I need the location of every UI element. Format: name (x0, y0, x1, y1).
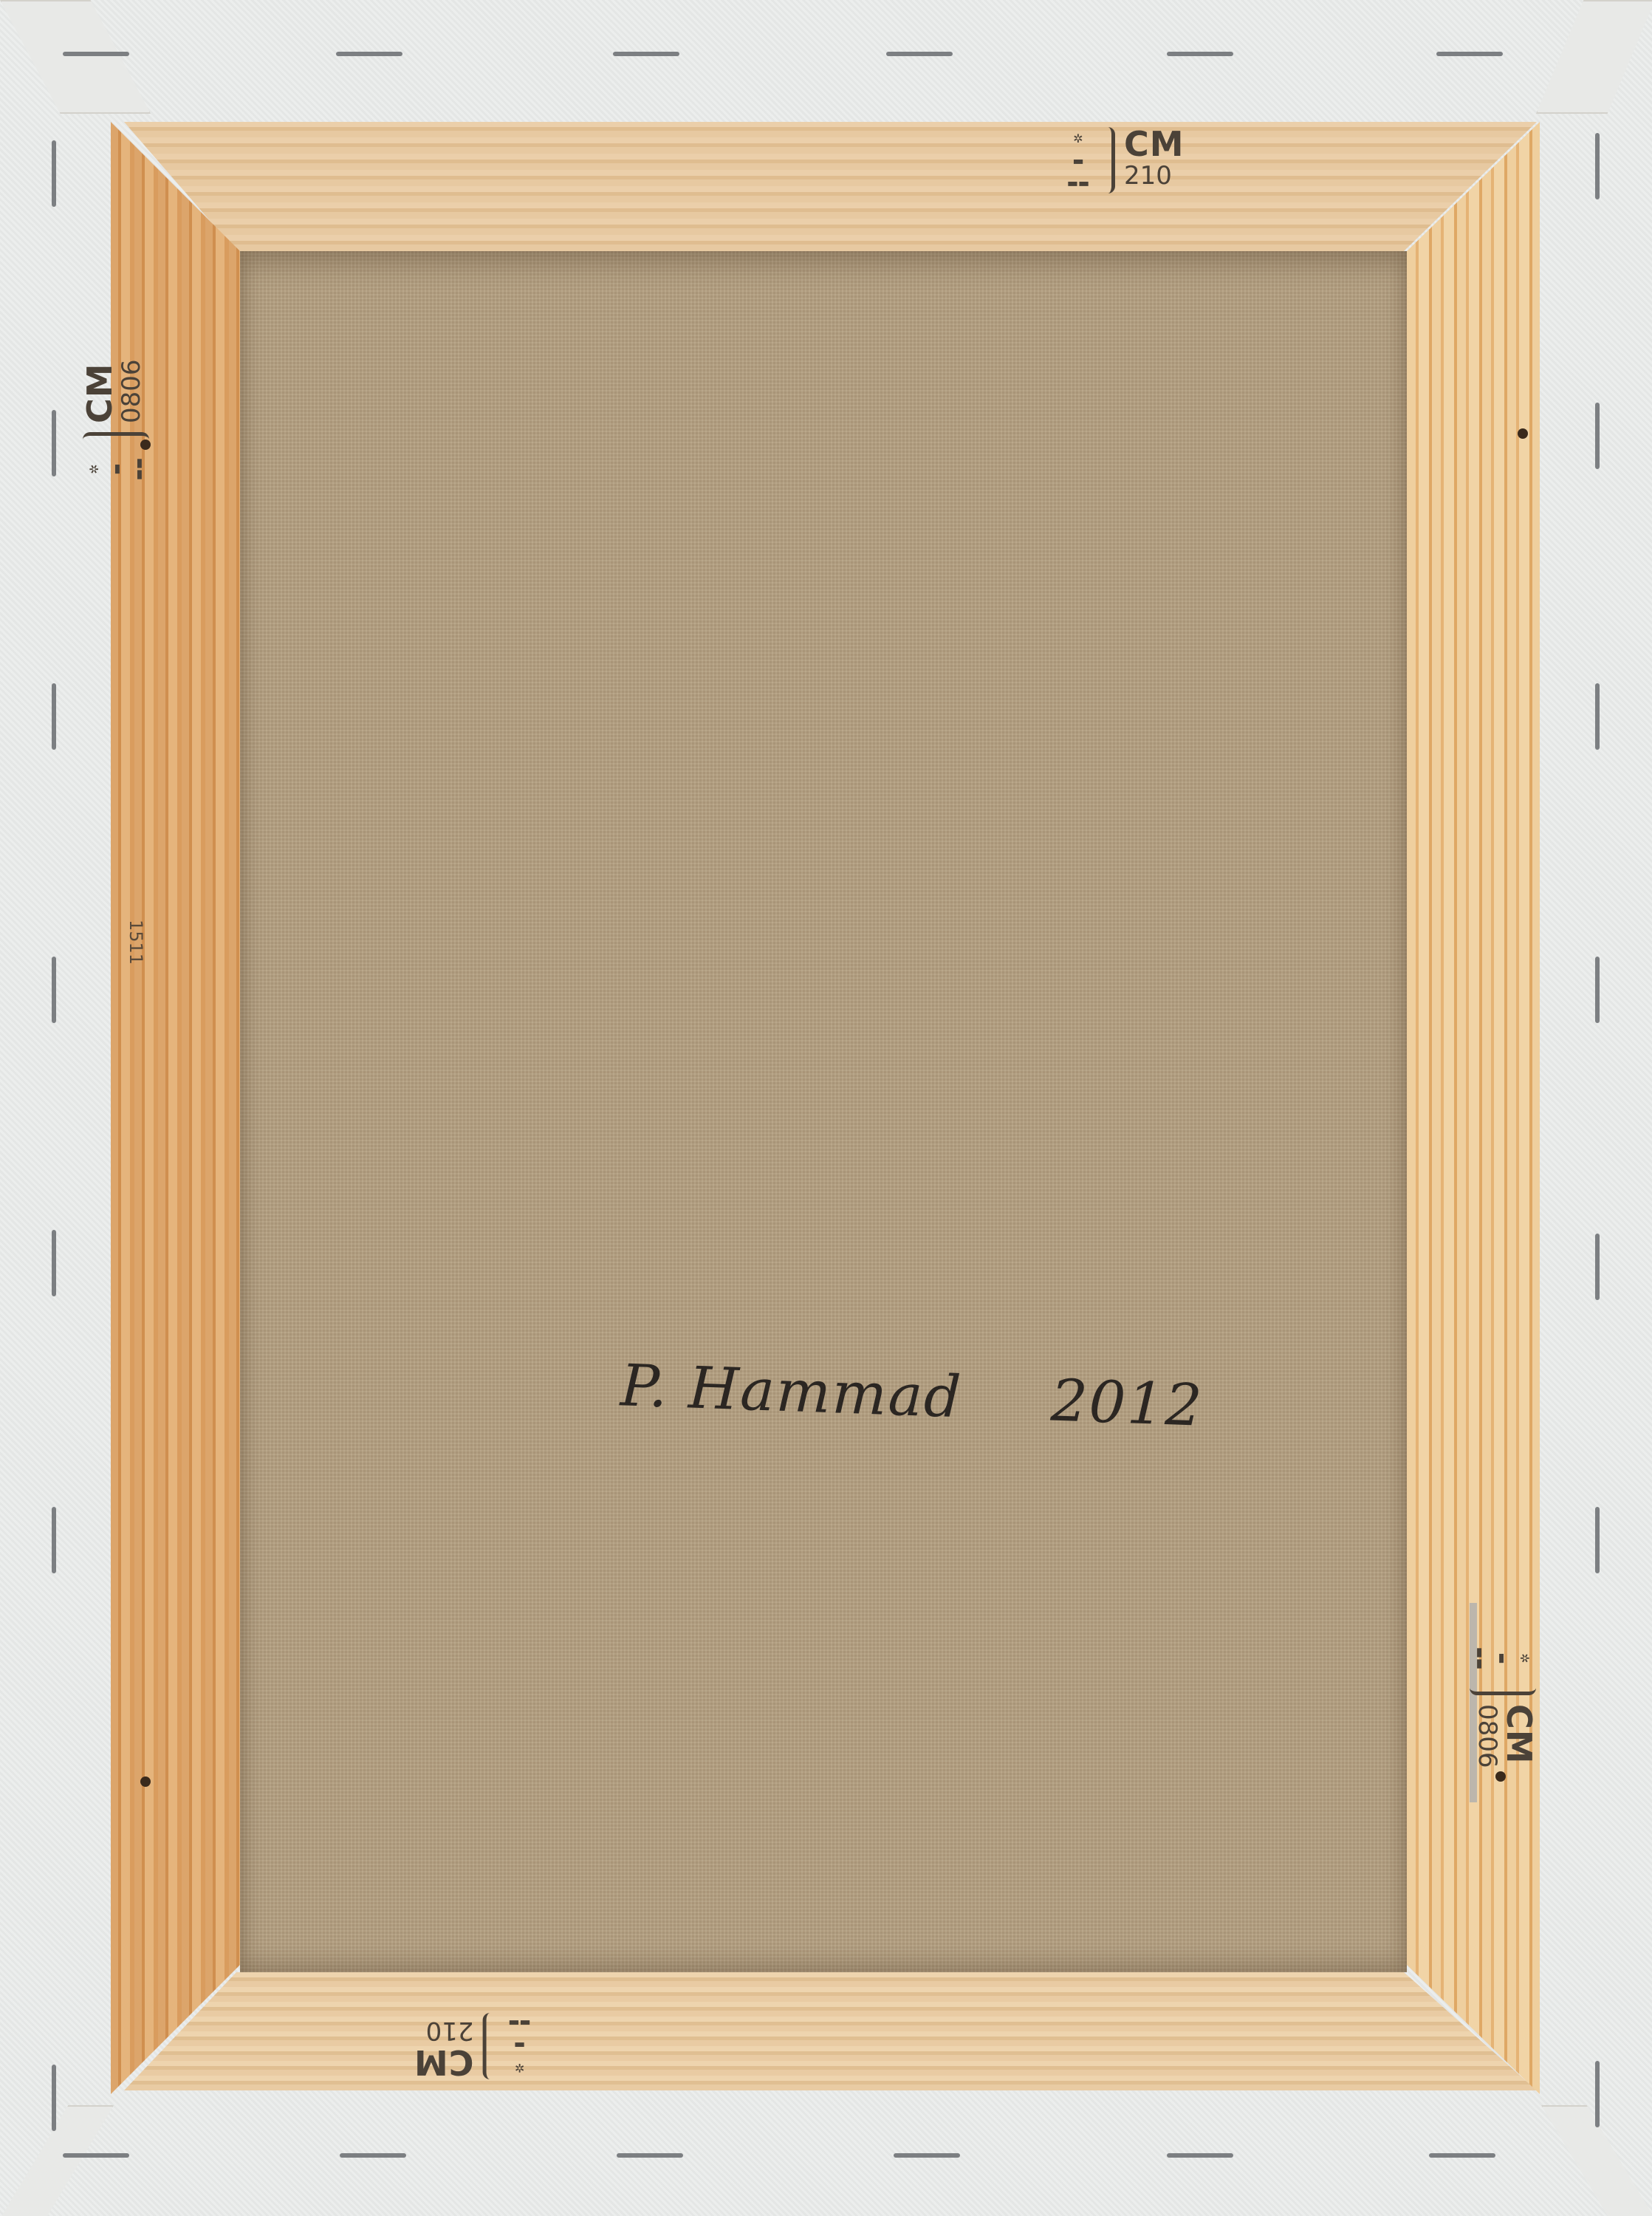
staple (63, 2153, 129, 2158)
staple (340, 2153, 406, 2158)
staple (336, 52, 402, 56)
stamp-brand: CM (1502, 1704, 1536, 1768)
folded-corner-top-right (1536, 0, 1652, 114)
staple (1595, 2061, 1600, 2127)
staple (1167, 52, 1233, 56)
manufacturer-stamp-left: ✲▬▬▬ CM 0806 (83, 359, 149, 502)
staple (52, 410, 56, 476)
stamp-code: 0806 (117, 359, 146, 423)
staple (1167, 2153, 1233, 2158)
stamp-code: 210 (414, 2016, 474, 2045)
staple (1429, 2153, 1495, 2158)
stamp-brand: CM (83, 359, 117, 423)
staple (1436, 52, 1503, 56)
staple (63, 52, 129, 56)
staple (617, 2153, 683, 2158)
staple (894, 2153, 960, 2158)
linen-canvas-back (240, 251, 1407, 1972)
staple (52, 683, 56, 750)
staple (1595, 1234, 1600, 1300)
signature-name: P. Hammad (620, 1352, 964, 1431)
manufacturer-stamp-top: ✲▬▬▬ CM 210 (1045, 127, 1185, 194)
manufacturer-stamp-right: ✲▬▬▬ CM 0806 (1470, 1625, 1536, 1768)
nail-hole (140, 1776, 151, 1787)
manufacturer-stamp-bottom: ✲▬▬▬ CM 210 (414, 2013, 553, 2079)
stamp-code: 0806 (1473, 1704, 1502, 1768)
folded-corner-top-left (0, 0, 151, 114)
stamp-logo-icon: ✲▬▬▬ (1045, 127, 1115, 194)
nail-hole (1495, 1771, 1506, 1782)
staple (1595, 957, 1600, 1023)
stamp-brand: CM (1124, 127, 1185, 161)
staple (613, 52, 679, 56)
nail-hole (1518, 428, 1528, 439)
staple (1595, 403, 1600, 469)
staple (1595, 133, 1600, 199)
staple (52, 1507, 56, 1573)
signature-year: 2012 (1049, 1368, 1204, 1440)
staple (886, 52, 953, 56)
canvas-back-photo: P. Hammad2012 ✲▬▬▬ CM 210 ✲▬▬▬ CM 210 ✲▬… (0, 0, 1652, 2216)
stamp-logo-icon: ✲▬▬▬ (1470, 1625, 1536, 1695)
staple (52, 2065, 56, 2131)
nail-hole (140, 440, 151, 450)
staple (52, 140, 56, 207)
stamp-logo-icon: ✲▬▬▬ (483, 2013, 553, 2079)
pencil-mark: 1511 (126, 920, 146, 965)
stamp-brand: CM (414, 2045, 474, 2079)
staple (1595, 683, 1600, 750)
stretcher-bar-top (124, 122, 1537, 251)
staple (1595, 1507, 1600, 1573)
staple (52, 1230, 56, 1296)
stamp-logo-icon: ✲▬▬▬ (83, 432, 149, 502)
stamp-code: 210 (1124, 161, 1185, 191)
stretcher-bar-bottom (124, 1972, 1537, 2090)
staple (52, 957, 56, 1023)
folded-corner-bottom-left (0, 2105, 114, 2216)
